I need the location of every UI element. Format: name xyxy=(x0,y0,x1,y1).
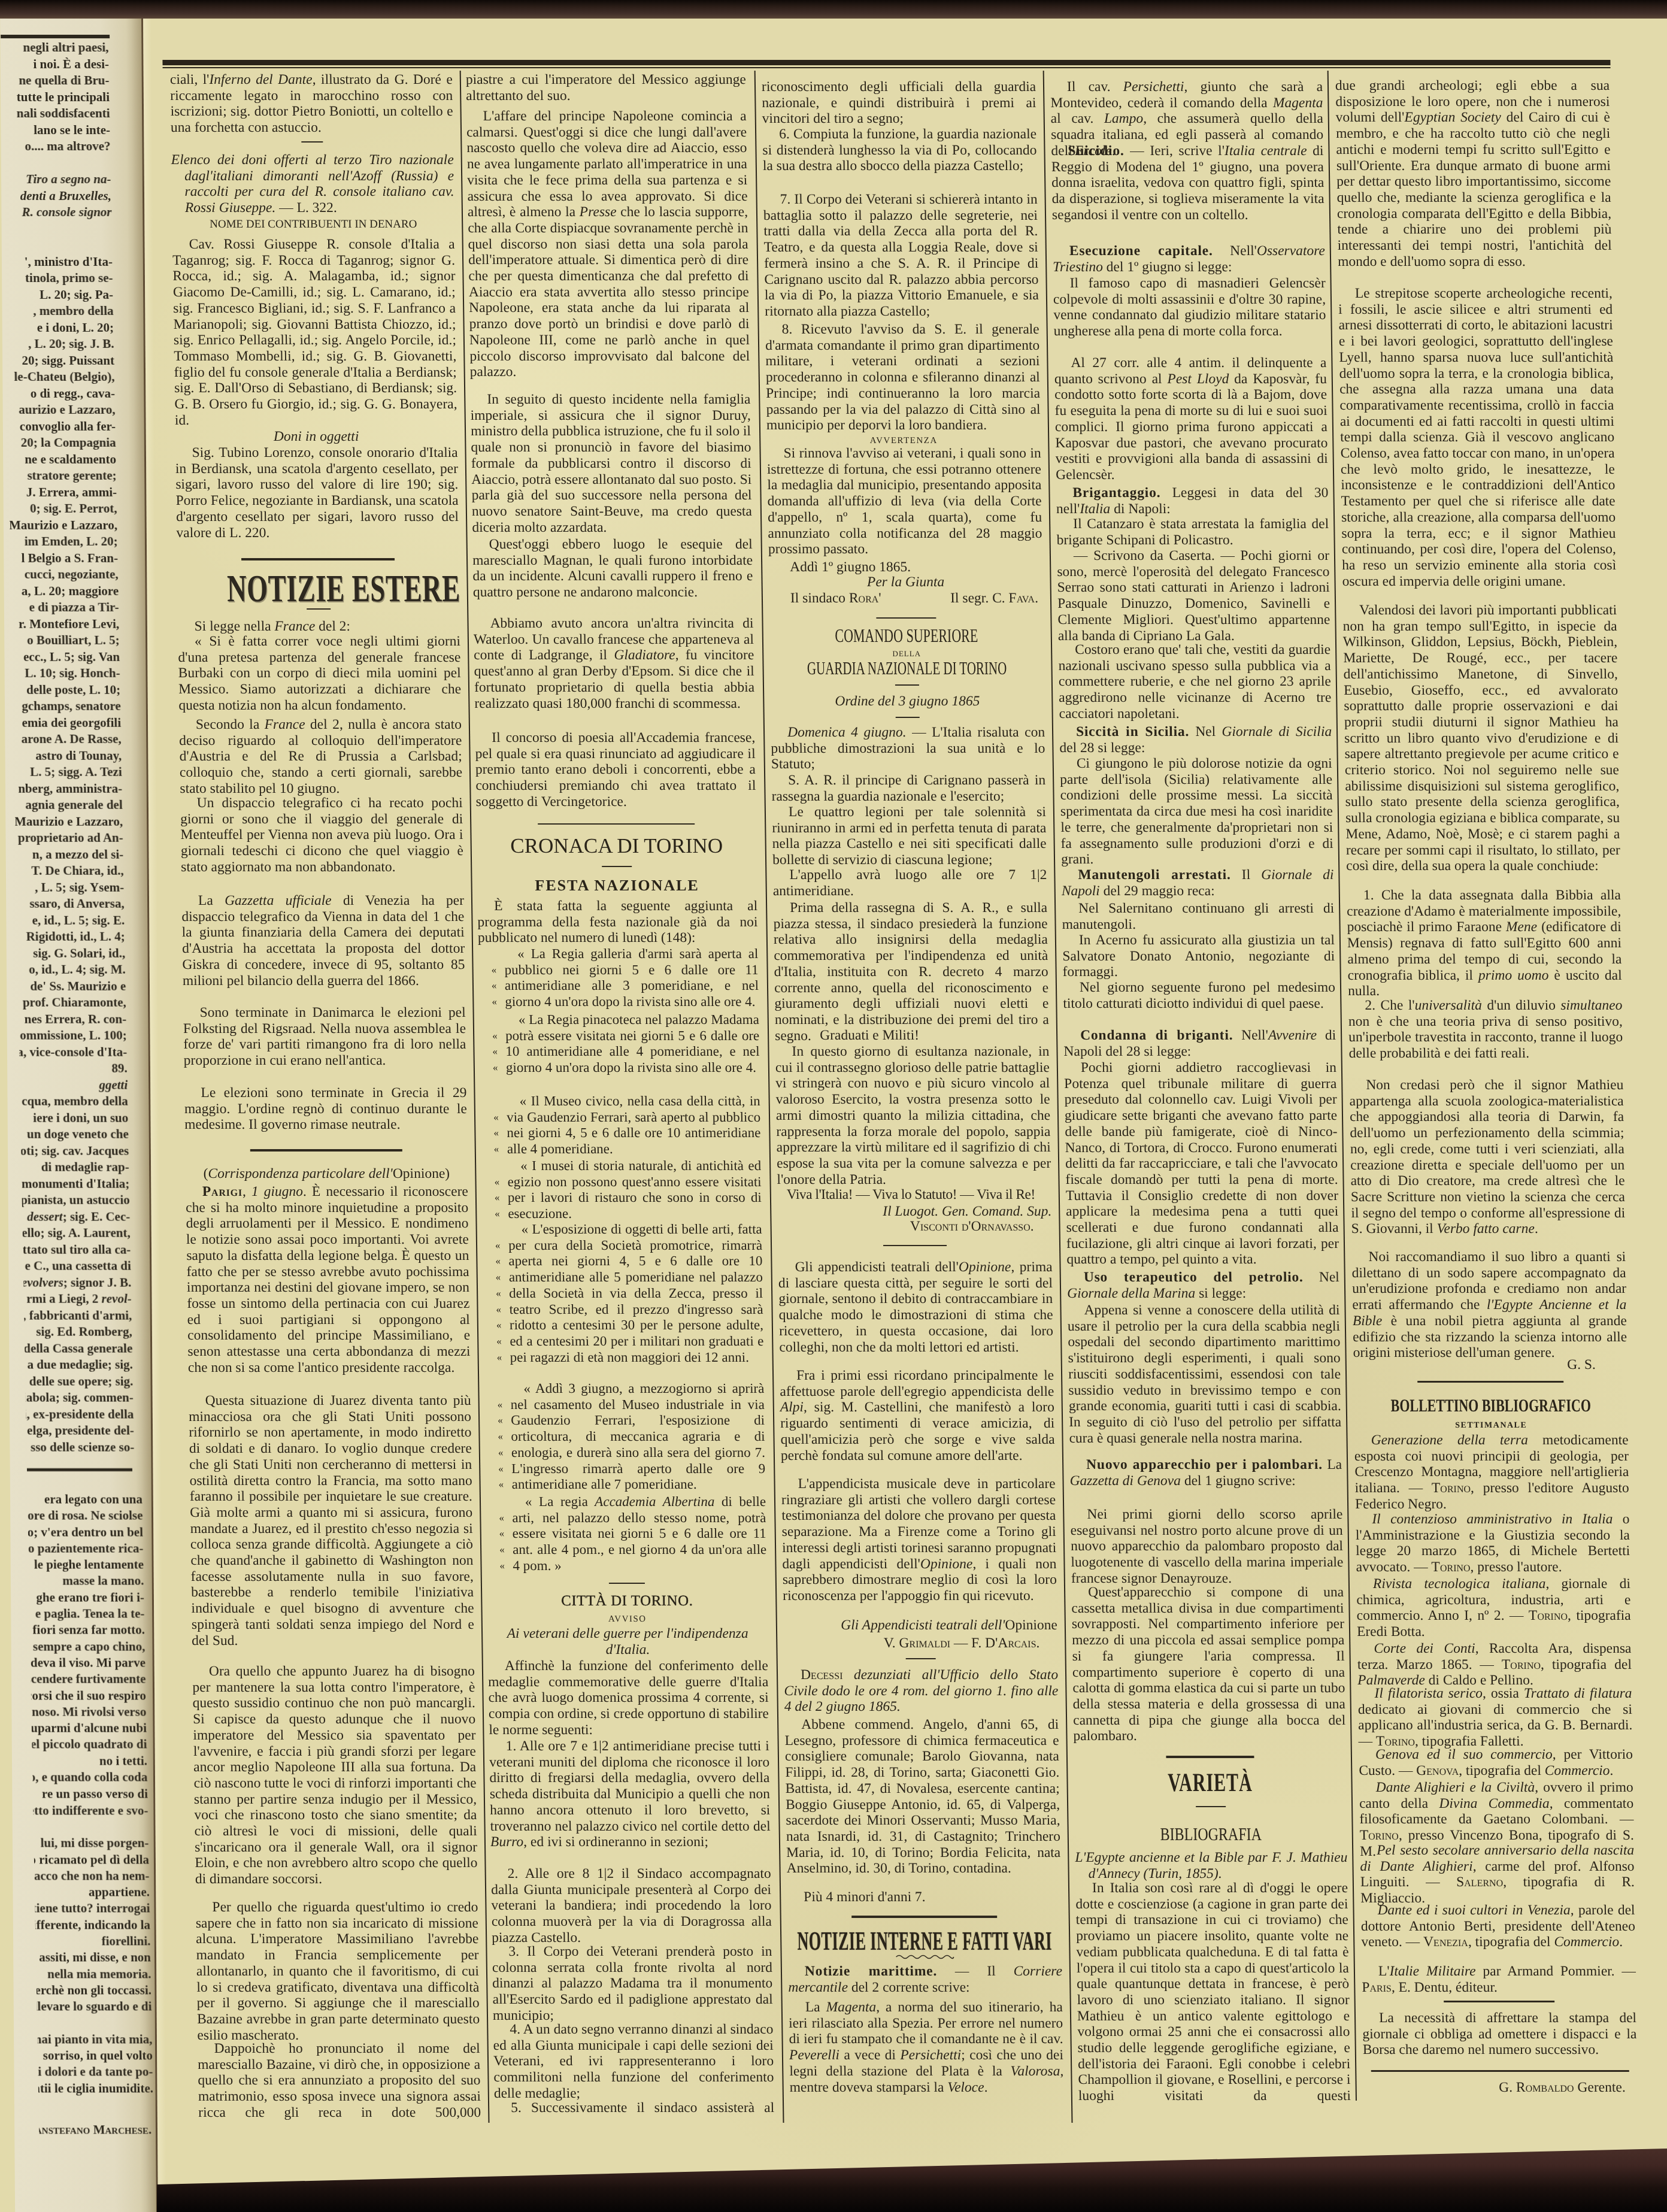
section-rule xyxy=(538,823,695,825)
closing-rule xyxy=(1371,2070,1629,2072)
bibliography-entry: Genova ed il suo commercio, per Vittorio… xyxy=(1359,1747,1633,1778)
secretary-signature: Il segr. C. Fava. xyxy=(950,590,1038,607)
signature-title: Gli Appendicisti teatrali dell'Opinione xyxy=(783,1617,1057,1634)
editorial-notice: La necessità di affrettare la stampa del… xyxy=(1362,2010,1637,2058)
notice-label: AVVERTENZA xyxy=(766,435,1041,447)
paragraph: L'appello avrà luogo alle ore 7 1|2 anti… xyxy=(772,867,1047,899)
signature-row: Il sindaco Rora' Il segr. C. Fava. xyxy=(769,590,1043,607)
paragraph: Parigi, 1 giugno. È necessario il ricono… xyxy=(186,1184,471,1375)
bibliography-entry: Corte dei Conti, Raccolta Ara, dispensa … xyxy=(1357,1641,1632,1689)
section-heading: VARIETÀ xyxy=(1074,1770,1347,1796)
section-subheading: SETTIMANALE xyxy=(1354,1420,1628,1431)
subheading: BIBLIOGRAFIA xyxy=(1075,1826,1347,1844)
paragraph: Ora quello che appunto Juarez ha di biso… xyxy=(192,1663,478,1887)
paragraph: Il famoso capo di masnadieri Gelencsèr c… xyxy=(1053,275,1326,340)
quoted-paragraph: « La regia Accademia Albertina di belle … xyxy=(486,1494,767,1574)
numbered-paragraph: 6. Compiuta la funzione, la guardia nazi… xyxy=(762,126,1037,174)
numbered-paragraph: 2. Alle ore 8 1|2 il Sindaco accompagnat… xyxy=(491,1866,772,1946)
author-initials: G. S. xyxy=(1353,1357,1627,1373)
signature: V. Grimaldi — F. D'Arcais. xyxy=(783,1635,1057,1652)
book-title: L'Egypte ancienne et la Bible par F. J. … xyxy=(1075,1850,1348,1881)
section-dash xyxy=(301,141,323,143)
section-heading-text: VARIETÀ xyxy=(1168,1764,1253,1802)
paragraph: Sono terminate in Danimarca le elezioni … xyxy=(183,1005,466,1069)
subheading-text: FESTA NAZIONALE xyxy=(535,878,699,893)
paragraph: Costoro erano que' tali che, vestiti da … xyxy=(1058,642,1332,722)
section-rule xyxy=(851,1916,997,1918)
subheading: Doni in oggetti xyxy=(175,429,457,445)
column-5: due grandi archeologi; egli ebbe a sua d… xyxy=(1334,0,1638,2156)
paragraph: La Gazzetta ufficiale di Venezia ha per … xyxy=(181,893,465,989)
paragraph: Pochi giorni addietro raccoglievasi in P… xyxy=(1064,1060,1339,1268)
signature: Visconti d'Ornavasso. xyxy=(777,1219,1051,1235)
list-heading-text: NOME DEI CONTRIBUENTI IN DENARO xyxy=(210,217,417,232)
paragraph: Affinchè la funzione del conferimento de… xyxy=(488,1658,769,1738)
bibliography-entry: Rivista tecnologica italiana, giornale d… xyxy=(1356,1576,1631,1640)
paragraph: Fra i primi essi ricordano principalment… xyxy=(780,1368,1055,1463)
section-dash xyxy=(307,608,331,610)
paragraph: ciali, l'Inferno del Dante, illustrato d… xyxy=(170,72,453,136)
gift-list-title: Elenco dei doni offerti al terzo Tiro na… xyxy=(171,152,454,216)
paragraph: Si legge nella France del 2: xyxy=(177,619,460,635)
paragraph: In questo giorno di esultanza nazionale,… xyxy=(775,1044,1051,1187)
section-heading-text: NOTIZIE ESTERE xyxy=(227,569,460,608)
section-dash xyxy=(609,1583,645,1584)
section-heading: GUARDIA NAZIONALE DI TORINO xyxy=(769,660,1044,677)
paragraph: Le elezioni sono terminate in Grecia il … xyxy=(184,1085,467,1133)
section-rule xyxy=(1417,1381,1563,1383)
numbered-paragraph: 8. Ricevuto l'avviso da S. E. il general… xyxy=(765,322,1041,434)
paragraph: La Magenta, a norma del suo itinerario, … xyxy=(789,1999,1064,2095)
numbered-paragraph: 3. Il Corpo dei Veterani prenderà posto … xyxy=(492,1944,773,2024)
quoted-paragraph: « I musei di storia naturale, di antichi… xyxy=(481,1158,762,1222)
paragraph: — Scrivono da Caserta. — Pochi giorni or… xyxy=(1057,548,1330,644)
paragraph: Per quello che riguarda quest'ultimo io … xyxy=(195,1899,480,2043)
numbered-paragraph: 5. Successivamente il sindaco assisterà … xyxy=(494,2100,774,2116)
column-1: ciali, l'Inferno del Dante, illustrato d… xyxy=(169,0,481,2156)
quoted-paragraph: « Addì 3 giugno, a mezzogiorno si aprirà… xyxy=(484,1381,766,1493)
section-heading-text: COMANDO SUPERIORE xyxy=(835,623,978,649)
date-line: Addì 1º giugno 1865. xyxy=(768,559,1042,575)
paragraph: Ci giungono le più dolorose notizie da o… xyxy=(1060,756,1334,868)
mayor-signature: Il sindaco Rora' xyxy=(790,590,881,607)
paragraph: Gli appendicisti teatrali dell'Opinione,… xyxy=(778,1259,1053,1355)
paragraph: Decessi dezunziati all'Ufficio dello Sta… xyxy=(784,1667,1059,1715)
paragraph: Un dispaccio telegrafico ci ha recato po… xyxy=(180,795,464,875)
paragraph: Le strepitose scoperte archeologiche rec… xyxy=(1338,286,1617,589)
paragraph: Non credasi però che il signor Mathieu a… xyxy=(1349,1077,1626,1237)
correspondence-label: (Corrispondenza particolare dell'Opinion… xyxy=(185,1166,468,1182)
numbered-paragraph: 1. Alle ore 7 e 1|2 antimeridiane precis… xyxy=(489,1738,771,1850)
subheading: FESTA NAZIONALE xyxy=(477,878,757,893)
bibliography-entry: Pel sesto secolare anniversario della na… xyxy=(1360,1843,1635,1907)
paragraph: Sig. Tubino Lorenzo, console onorario d'… xyxy=(175,445,459,541)
section-subheading-text: SETTIMANALE xyxy=(1455,1421,1527,1431)
exclamation-line: Viva l'Italia! — Viva lo Statuto! — Viva… xyxy=(777,1187,1051,1203)
section-rule xyxy=(883,1245,947,1246)
paragraph: L'affare del principe Napoleone comincia… xyxy=(466,108,750,380)
section-heading: NOTIZIE INTERNE E FATTI VARI xyxy=(787,1928,1062,1955)
numbered-paragraph: 7. Il Corpo dei Veterani si schiererà in… xyxy=(763,192,1039,320)
paragraph: L'appendicista musicale deve in particol… xyxy=(781,1476,1057,1604)
signature-heading: Per la Giunta xyxy=(768,574,1042,590)
paragraph: Si rinnova l'avviso ai veterani, i quali… xyxy=(766,446,1042,557)
section-dash xyxy=(895,684,919,686)
numbered-paragraph: 1. Che la data assegnata dalla Bibbia al… xyxy=(1347,887,1623,999)
paragraph: Quest'apparecchio si compone di una cass… xyxy=(1071,1584,1346,1744)
paragraph: In seguito di questo incidente nella fam… xyxy=(470,392,752,535)
paragraph: riconoscimento degli ufficiali della gua… xyxy=(762,79,1036,127)
paragraph: Quest'oggi ebbero luogo le esequie del m… xyxy=(472,537,753,601)
publisher-signature: G. Rombaldo Gerente. xyxy=(1363,2080,1637,2096)
paragraph: Più 4 minori d'anni 7. xyxy=(787,1889,1061,1905)
numbered-paragraph: 4. A un dato segno verranno dinanzi al s… xyxy=(493,2022,774,2102)
bibliography-entry: Dante ed i suoi cultori in Venezia, paro… xyxy=(1360,1902,1635,1950)
paragraph: S. A. R. il principe di Carignano passer… xyxy=(771,772,1046,804)
paragraph: Al 27 corr. alle 4 antim. il delinquente… xyxy=(1054,355,1328,483)
paragraph: due grandi archeologi; egli ebbe a sua d… xyxy=(1335,78,1612,269)
section-rule xyxy=(876,617,936,619)
paragraph: piastre a cui l'imperatore del Messico a… xyxy=(466,72,747,104)
paragraph: Noi raccomandiamo il suo libro a quanti … xyxy=(1351,1249,1627,1361)
paragraph: Cav. Rossi Giuseppe R. console d'Italia … xyxy=(172,237,457,428)
paragraph: Il concorso di poesia all'Accademia fran… xyxy=(475,730,756,810)
news-item: Uso terapeutico del petrolio. Nel Giorna… xyxy=(1067,1269,1340,1301)
quoted-paragraph: « La Regia pinacoteca nel palazzo Madama… xyxy=(479,1012,760,1076)
paragraph: Notizie marittime. — Il Corriere mercant… xyxy=(788,1963,1063,1995)
section-heading: CITTÀ DI TORINO. xyxy=(487,1592,767,1610)
paragraph: Secondo la France del 2, nulla è ancora … xyxy=(179,717,463,797)
section-dash xyxy=(896,717,920,718)
paragraph: Il Catanzaro è stata arrestata la famigl… xyxy=(1056,516,1329,548)
column-4: Il cav. Persichetti, giunto che sarà a M… xyxy=(1049,0,1351,2156)
address-line: Graduati e Militi! xyxy=(775,1028,1049,1044)
news-item: Suicidio. — Ieri, scrive l'Italia centra… xyxy=(1051,143,1324,223)
paragraph: Abbene commend. Angelo, d'anni 65, di Le… xyxy=(784,1717,1061,1877)
ornament-wave-icon xyxy=(895,1953,955,1961)
bibliography-entry: Il contenzioso amministrativo in Italia … xyxy=(1355,1511,1630,1575)
paragraph: « Si è fatta correr voce negli ultimi gi… xyxy=(178,634,462,714)
paragraph: Domenica 4 giugno. — L'Italia risaluta c… xyxy=(771,725,1045,772)
section-heading-text: CRONACA DI TORINO xyxy=(510,834,723,858)
section-rule xyxy=(1444,2001,1554,2002)
column-3: riconoscimento degli ufficiali della gua… xyxy=(760,0,1065,2156)
paragraph: Nel giorno seguente furono pel medesimo … xyxy=(1063,980,1336,1011)
section-heading: NOTIZIE ESTERE xyxy=(177,569,460,608)
quoted-paragraph: « L'esposizione di oggetti di belle arti… xyxy=(481,1222,763,1365)
subheading-text: BIBLIOGRAFIA xyxy=(1160,1823,1262,1846)
notice-label-text: AVVISO xyxy=(608,1613,647,1625)
binding-top-edge xyxy=(0,0,1667,19)
list-heading: NOME DEI CONTRIBUENTI IN DENARO xyxy=(172,217,454,232)
news-item: Siccità in Sicilia. Nel Giornale di Sici… xyxy=(1059,724,1332,756)
column-2: piastre a cui l'imperatore del Messico a… xyxy=(465,0,775,2156)
paragraph: È stata fatta la seguente aggiunta al pr… xyxy=(477,898,758,946)
news-item: Manutengoli arrestati. Il Giornale di Na… xyxy=(1061,867,1334,899)
notice-label: AVVISO xyxy=(487,1613,768,1625)
section-dash xyxy=(1196,1806,1226,1807)
section-rule xyxy=(1166,1756,1254,1758)
section-heading-text: BOLLETTINO BIBLIOGRAFICO xyxy=(1390,1394,1591,1419)
main-page: ciali, l'Inferno del Dante, illustrato d… xyxy=(0,0,1667,2212)
paragraph: In Acerno fu assicurato alla giustizia u… xyxy=(1062,932,1335,980)
section-rule xyxy=(241,558,395,560)
section-heading: COMANDO SUPERIORE xyxy=(769,627,1044,645)
paragraph: Dappoichè ho pronunciato il nome del mar… xyxy=(198,2041,481,2121)
paragraph: Prima della rassegna di S. A. R., e sull… xyxy=(773,900,1049,1044)
section-heading: BOLLETTINO BIBLIOGRAFICO xyxy=(1354,1397,1628,1415)
paragraph: Questa situazione di Juarez diventa tant… xyxy=(188,1393,474,1649)
paragraph: Nel Salernitano continuano gli arresti d… xyxy=(1062,901,1335,932)
paragraph: Nei primi giorni dello scorso aprile ese… xyxy=(1070,1507,1344,1587)
bibliography-entry: L'Italie Militaire par Armand Pommier. —… xyxy=(1362,1963,1636,1995)
section-rule xyxy=(250,1149,402,1152)
section-dash xyxy=(906,1658,936,1659)
notice-label-text: AVVERTENZA xyxy=(870,435,938,447)
signature-title: Il Luogot. Gen. Comand. Sup. xyxy=(777,1204,1051,1220)
news-item: Nuovo apparecchio per i palombari. La Ga… xyxy=(1069,1457,1342,1489)
news-item: Condanna di briganti. Nell'Avvenire di N… xyxy=(1063,1028,1336,1059)
bibliography-entry: Il filatorista serico, ossia Trattato di… xyxy=(1357,1686,1632,1750)
numbered-paragraph: 2. Che l'universalità d'un diluvio simul… xyxy=(1348,998,1623,1062)
bibliography-entry: Generazione della terra metodicamente es… xyxy=(1354,1432,1629,1513)
order-date: Ordine del 3 giugno 1865 xyxy=(770,693,1044,710)
news-item: Esecuzione capitale. Nell'Osservatore Tr… xyxy=(1053,243,1326,275)
notice-subtitle: Ai veterani delle guerre per l'indipende… xyxy=(487,1626,768,1658)
news-item: Brigantaggio. Leggesi in data del 30 nel… xyxy=(1056,485,1329,517)
quoted-paragraph: « La Regia galleria d'armi sarà aperta a… xyxy=(478,946,759,1010)
paragraph: Valendosi dei lavori più importanti pubb… xyxy=(1342,602,1620,874)
newspaper-page: negli altri paesi, i noi. È a desi- ne q… xyxy=(0,0,1667,2212)
paragraph: Abbiamo avuto ancora un'altra rivincita … xyxy=(473,616,754,711)
section-heading-text: GUARDIA NAZIONALE DI TORINO xyxy=(807,656,1007,681)
section-dash xyxy=(602,866,632,867)
section-heading-text: CITTÀ DI TORINO. xyxy=(561,1592,693,1610)
quoted-paragraph: « Il Museo civico, nella casa della citt… xyxy=(480,1093,760,1157)
paragraph: Le quattro legioni per tale solennità si… xyxy=(772,804,1047,868)
paragraph: In Italia son così rare al dì d'oggi le … xyxy=(1075,1880,1351,2104)
paragraph: Appena si venne a conoscere della utilit… xyxy=(1067,1302,1341,1446)
section-heading: CRONACA DI TORINO xyxy=(476,834,757,858)
